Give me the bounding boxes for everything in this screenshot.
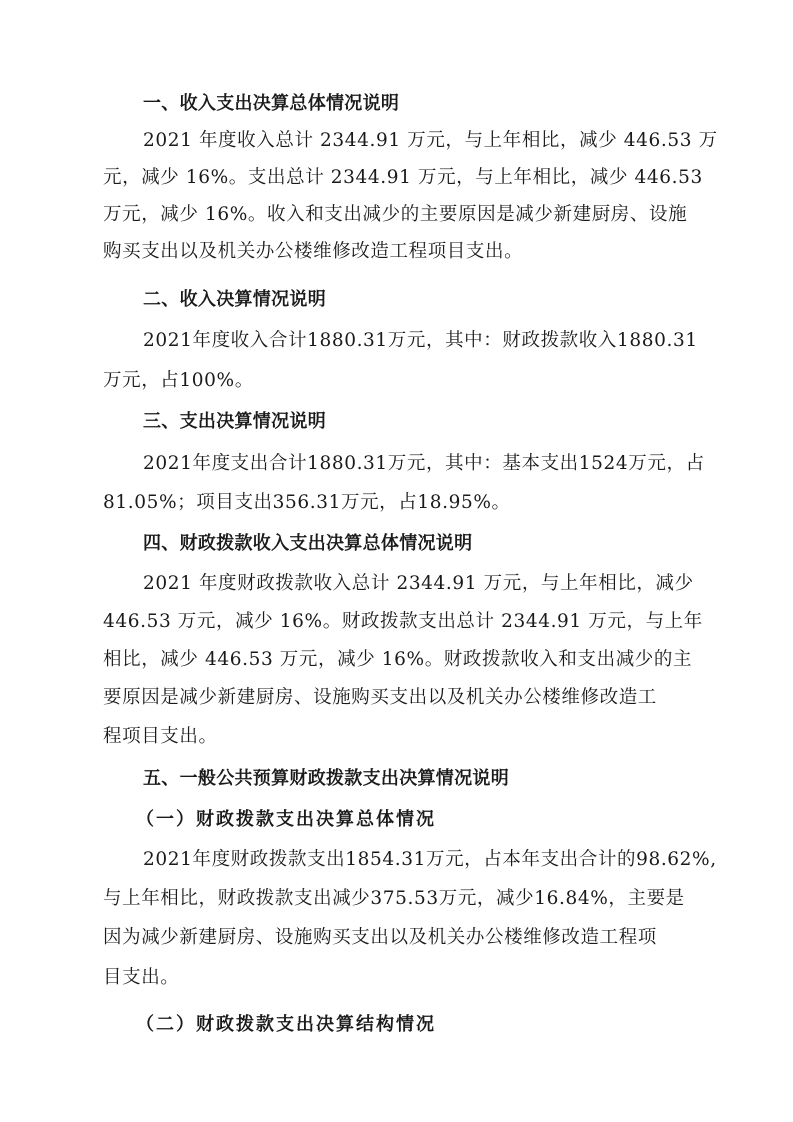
paragraph-line: 要原因是减少新建厨房、设施购买支出以及机关办公楼维修改造工 xyxy=(103,686,657,710)
section-heading-1: 一、收入支出决算总体情况说明 xyxy=(143,92,399,116)
paragraph-line: 2021年度支出合计1880.31万元，其中：基本支出1524万元，占 xyxy=(143,452,705,476)
paragraph-line: 万元，减少 16%。收入和支出减少的主要原因是减少新建厨房、设施 xyxy=(103,203,687,227)
section-heading-2: 二、收入决算情况说明 xyxy=(143,288,326,312)
paragraph-line: 与上年相比，财政拨款支出减少375.53万元，减少16.84%，主要是 xyxy=(103,887,685,911)
paragraph-line: 446.53 万元，减少 16%。财政拨款支出总计 2344.91 万元，与上年 xyxy=(103,610,703,634)
subsection-heading-2: （二）财政拨款支出决算结构情况 xyxy=(136,1013,436,1037)
paragraph-line: 因为减少新建厨房、设施购买支出以及机关办公楼维修改造工程项 xyxy=(103,926,657,950)
paragraph-line: 购买支出以及机关办公楼维修改造工程项目支出。 xyxy=(103,240,523,264)
section-heading-3: 三、支出决算情况说明 xyxy=(143,410,326,434)
paragraph-line: 元，减少 16%。支出总计 2344.91 万元，与上年相比，减少 446.53 xyxy=(103,166,703,190)
paragraph-line: 相比，减少 446.53 万元，减少 16%。财政拨款收入和支出减少的主 xyxy=(103,648,692,672)
paragraph-line: 2021年度财政拨款支出1854.31万元，占本年支出合计的98.62%, xyxy=(143,848,717,872)
paragraph-line: 2021年度收入合计1880.31万元，其中：财政拨款收入1880.31 xyxy=(143,329,698,353)
subsection-heading-1: （一）财政拨款支出决算总体情况 xyxy=(136,808,436,832)
paragraph-line: 万元，占100%。 xyxy=(103,369,254,393)
section-heading-5: 五、一般公共预算财政拨款支出决算情况说明 xyxy=(143,767,509,791)
section-heading-4: 四、财政拨款收入支出决算总体情况说明 xyxy=(143,532,472,556)
paragraph-line: 81.05%；项目支出356.31万元，占18.95%。 xyxy=(103,491,511,515)
paragraph-line: 目支出。 xyxy=(103,966,179,990)
paragraph-line: 2021 年度收入总计 2344.91 万元，与上年相比，减少 446.53 万 xyxy=(143,129,718,153)
paragraph-line: 程项目支出。 xyxy=(103,725,218,749)
paragraph-line: 2021 年度财政拨款收入总计 2344.91 万元，与上年相比，减少 xyxy=(143,572,694,596)
